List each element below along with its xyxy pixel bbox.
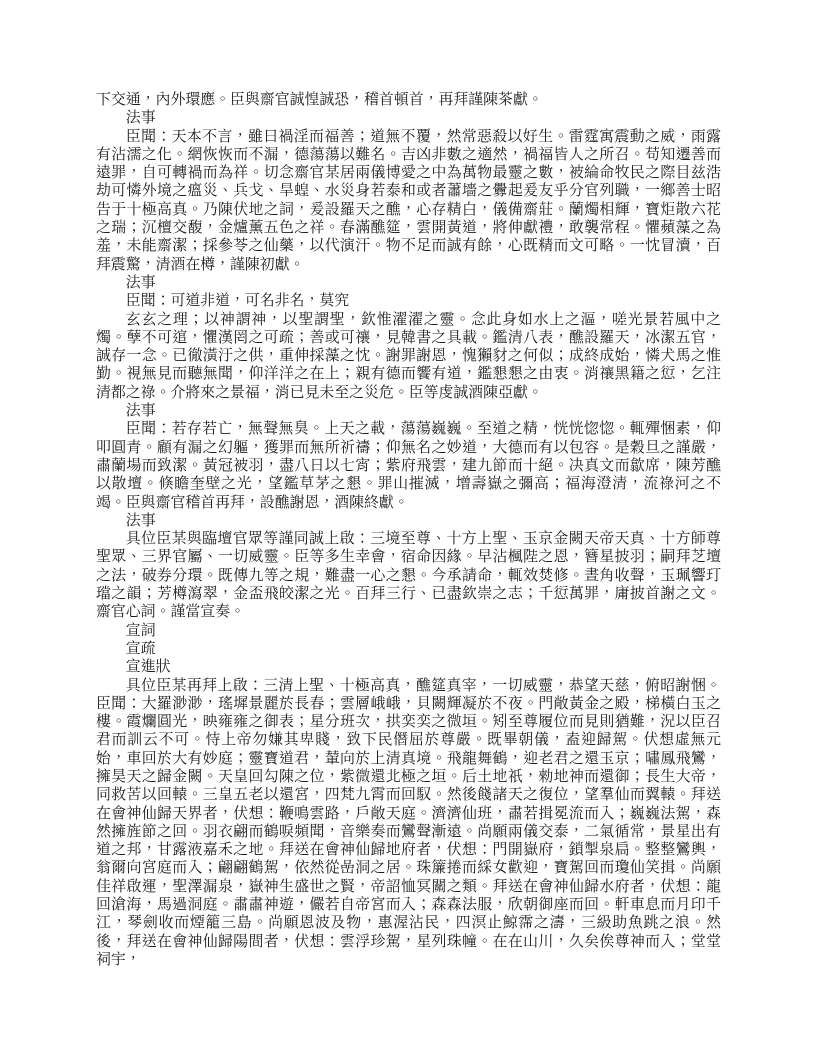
paragraph-continuation: 下交通，內外環應。臣與齋官誠惶誠恐，稽首頓首，再拜謹陳茶獻。 [96,91,721,109]
paragraph-altar-announcement: 具位臣某與臨壇官眾等謹同誠上啟：三境至尊、十方上聖、玉京金闕天帝天真、十方師尊聖… [96,530,721,621]
paragraph-final-offering: 臣聞：若存若亡，無聲無臭。上天之載，蕩蕩巍巍。至道之精，恍恍惚惚。輒殫悃素，仰叩… [96,420,721,511]
document-text-block: 下交通，內外環應。臣與齋官誠惶誠恐，稽首頓首，再拜謹陳茶獻。 法事 臣聞：天本不… [96,91,721,969]
section-heading-fashi-2: 法事 [96,274,721,292]
section-heading-fashi-4: 法事 [96,512,721,530]
section-heading-xuanci: 宣詞 [96,622,721,640]
section-heading-xuanshu: 宣疏 [96,640,721,658]
section-heading-xuanjinzhuang: 宣進狀 [96,658,721,676]
paragraph-sendoff: 具位臣某再拜上啟：三清上聖、十極高真，醮筵真宰，一切威靈，恭望天慈，俯昭謝悃。臣… [96,677,721,970]
document-page: 下交通，內外環應。臣與齋官誠惶誠恐，稽首頓首，再拜謹陳茶獻。 法事 臣聞：天本不… [0,0,816,1056]
paragraph-second-offering-lead: 臣聞：可道非道，可名非名，莫究 [96,292,721,310]
paragraph-first-offering: 臣聞：天本不言，雖曰禍淫而福善；道無不覆，然常惡殺以好生。雷霆寓震動之威，雨露有… [96,128,721,274]
section-heading-fashi-3: 法事 [96,402,721,420]
section-heading-fashi-1: 法事 [96,109,721,127]
paragraph-second-offering: 玄玄之理；以神謂神，以聖謂聖，欽惟濯濯之靈。念此身如水上之漚，嗟光景若風中之燭。… [96,311,721,402]
